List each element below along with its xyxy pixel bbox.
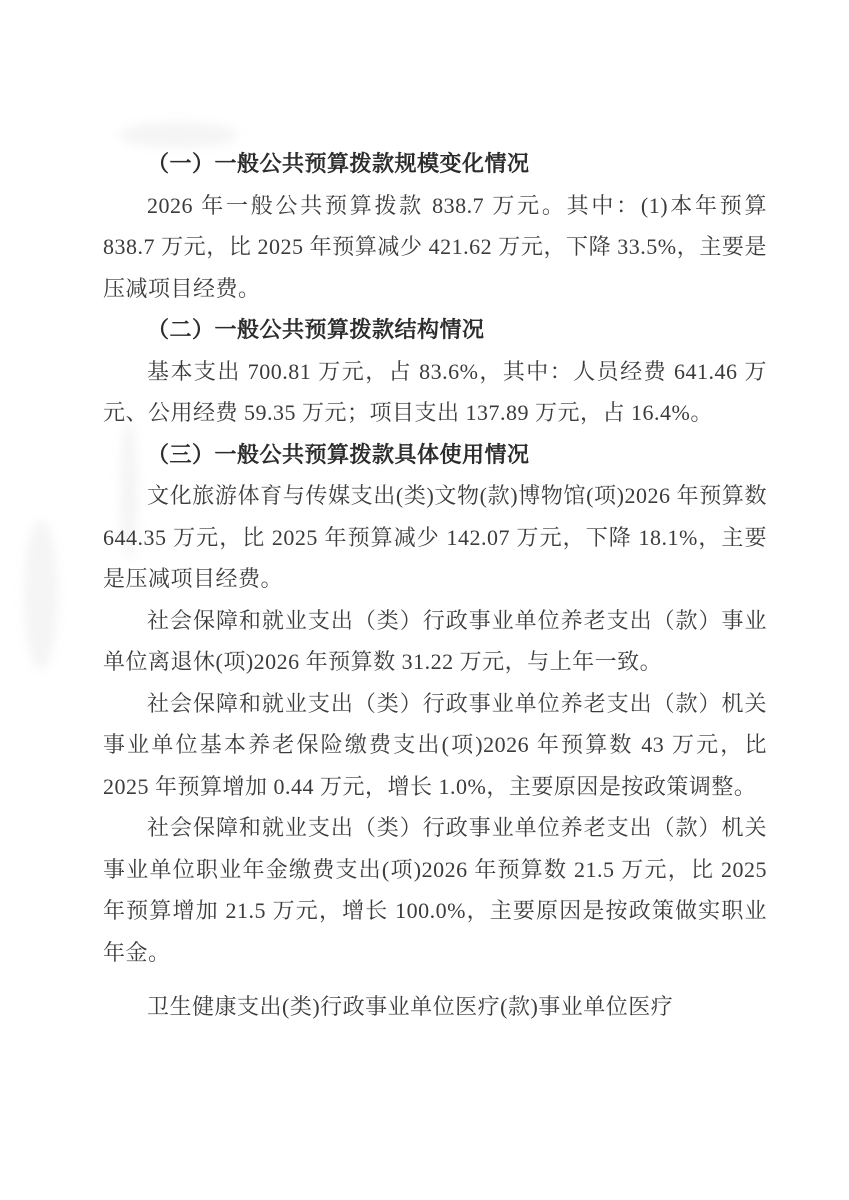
paragraph: 2026 年一般公共预算拨款 838.7 万元。其中：(1)本年预算 838.7… xyxy=(103,185,767,310)
paragraph: 文化旅游体育与传媒支出(类)文物(款)博物馆(项)2026 年预算数 644.3… xyxy=(103,475,767,600)
paragraph: 卫生健康支出(类)行政事业单位医疗(款)事业单位医疗 xyxy=(103,986,767,1028)
section-heading: （二）一般公共预算拨款结构情况 xyxy=(103,309,767,351)
scan-artifact xyxy=(24,520,58,670)
document-page: （一）一般公共预算拨款规模变化情况2026 年一般公共预算拨款 838.7 万元… xyxy=(0,0,849,1200)
paragraph: 社会保障和就业支出（类）行政事业单位养老支出（款）机关事业单位基本养老保险缴费支… xyxy=(103,683,767,808)
paragraph: 社会保障和就业支出（类）行政事业单位养老支出（款）机关事业单位职业年金缴费支出(… xyxy=(103,807,767,973)
document-content: （一）一般公共预算拨款规模变化情况2026 年一般公共预算拨款 838.7 万元… xyxy=(103,143,767,1028)
paragraph: 社会保障和就业支出（类）行政事业单位养老支出（款）事业单位离退休(项)2026 … xyxy=(103,600,767,683)
paragraph: 基本支出 700.81 万元，占 83.6%，其中：人员经费 641.46 万元… xyxy=(103,351,767,434)
section-heading: （三）一般公共预算拨款具体使用情况 xyxy=(103,434,767,476)
section-heading: （一）一般公共预算拨款规模变化情况 xyxy=(103,143,767,185)
